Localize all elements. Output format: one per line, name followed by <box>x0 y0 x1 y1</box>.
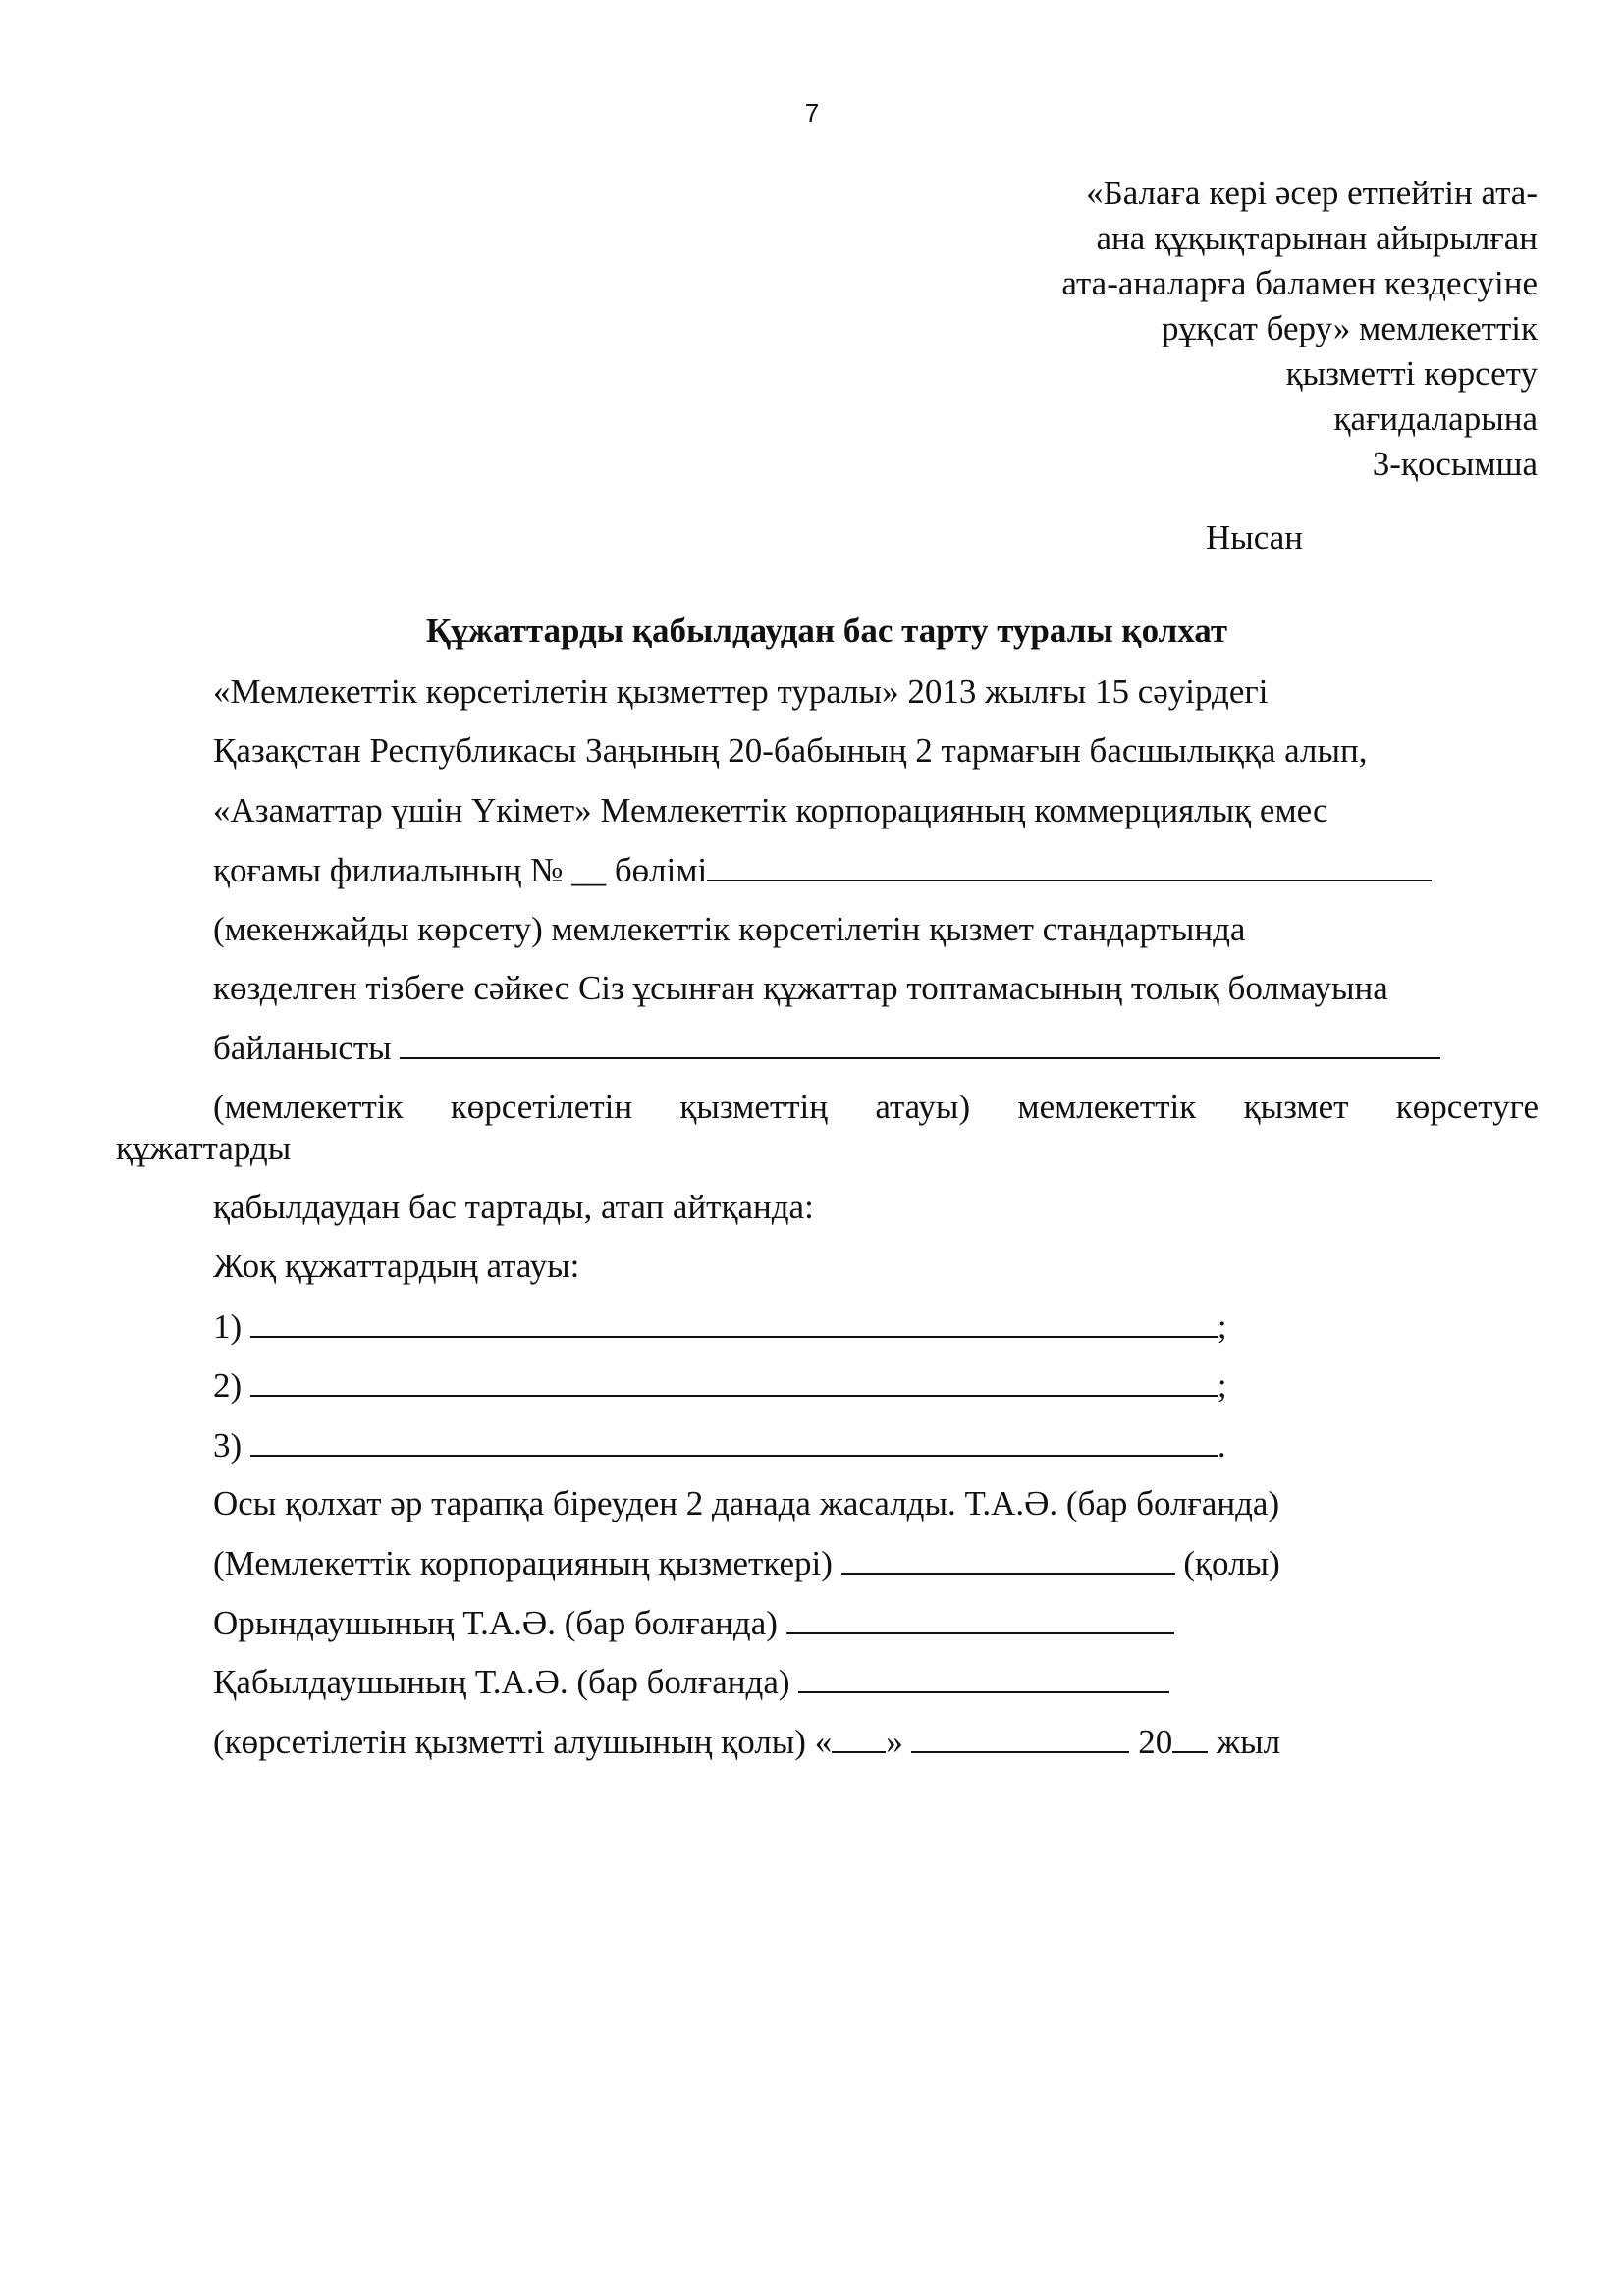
form-label: Нысан <box>1206 518 1303 558</box>
body-line-wrap: құжаттарды <box>116 1129 291 1168</box>
year-field[interactable] <box>1172 1722 1208 1753</box>
missing-doc-item: 2) ; <box>213 1365 1227 1406</box>
body-line: (мемлекеттік көрсетілетін қызметтің атау… <box>213 1088 1539 1127</box>
body-line: Қазақстан Республикасы Заңының 20-бабыны… <box>213 731 1367 771</box>
service-name-field[interactable] <box>400 1028 1440 1059</box>
body-line: қабылдаудан бас тартады, атап айтқанда: <box>213 1188 814 1227</box>
body-line: «Мемлекеттік көрсетілетін қызметтер тура… <box>213 672 1268 712</box>
page-number: 7 <box>0 98 1624 129</box>
annex-line: ата-аналарға баламен кездесуіне <box>1061 261 1538 306</box>
missing-doc-field-3[interactable] <box>250 1425 1218 1457</box>
receiver-name-line: Қабылдаушының Т.А.Ә. (бар болғанда) <box>213 1662 1169 1702</box>
day-field[interactable] <box>832 1722 886 1753</box>
body-line-service: байланысты <box>213 1028 1440 1068</box>
missing-docs-heading: Жоқ құжаттардың атауы: <box>213 1247 579 1286</box>
recipient-signature-line: (көрсетілетін қызметті алушының қолы) «»… <box>213 1722 1280 1762</box>
missing-doc-field-2[interactable] <box>250 1365 1218 1397</box>
branch-address-field[interactable] <box>707 850 1432 881</box>
annex-line: ана құқықтарынан айырылған <box>1061 216 1538 261</box>
annex-line: 3-қосымша <box>1061 442 1538 487</box>
annex-reference: «Балаға кері әсер етпейтін ата- ана құқы… <box>1061 171 1538 487</box>
executor-name-field[interactable] <box>786 1603 1174 1634</box>
annex-line: қағидаларына <box>1061 397 1538 442</box>
body-line: «Азаматтар үшін Үкімет» Мемлекеттік корп… <box>213 791 1328 830</box>
body-line: (мекенжайды көрсету) мемлекеттік көрсеті… <box>213 910 1245 949</box>
employee-signature-field[interactable] <box>841 1543 1175 1575</box>
branch-label: қоғамы филиалының № __ бөлімі <box>213 851 707 889</box>
executor-name-line: Орындаушының Т.А.Ә. (бар болғанда) <box>213 1603 1174 1643</box>
document-title: Құжаттарды қабылдаудан бас тарту туралы … <box>0 612 1624 651</box>
body-line-branch: қоғамы филиалының № __ бөлімі <box>213 850 1432 890</box>
body-line: көзделген тізбеге сәйкес Сіз ұсынған құж… <box>213 969 1388 1008</box>
missing-doc-field-1[interactable] <box>250 1307 1218 1338</box>
month-field[interactable] <box>911 1722 1129 1753</box>
annex-line: қызметті көрсету <box>1061 351 1538 397</box>
annex-line: рұқсат беру» мемлекеттік <box>1061 306 1538 351</box>
missing-doc-item: 3) . <box>213 1425 1226 1466</box>
missing-doc-item: 1) ; <box>213 1307 1227 1347</box>
body-line: Осы қолхат әр тарапқа біреуден 2 данада … <box>213 1484 1279 1523</box>
annex-line: «Балаға кері әсер етпейтін ата- <box>1061 171 1538 216</box>
employee-signature-line: (Мемлекеттік корпорацияның қызметкері) (… <box>213 1543 1280 1583</box>
service-label: байланысты <box>213 1029 392 1067</box>
receiver-name-field[interactable] <box>798 1662 1169 1693</box>
